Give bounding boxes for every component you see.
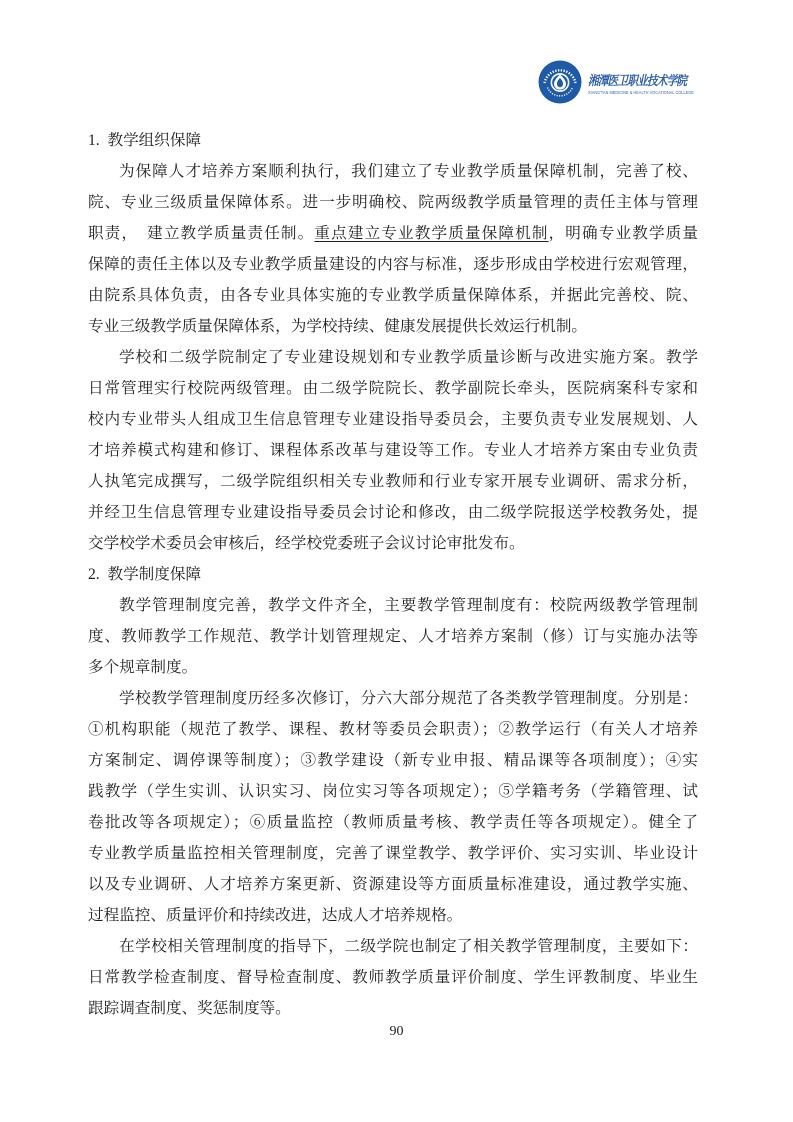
- college-name-english: XIANG'TAN MEDICINE & HEALTH VOCATIONAL C…: [588, 90, 694, 95]
- text-line: 保障的责任主体以及专业教学质量建设的内容与标准，逐步形成由学校进行宏观管理，: [88, 249, 698, 280]
- document-body: 1. 教学组织保障 为保障人才培养方案顺利执行，我们建立了专业教学质量保障机制，…: [88, 125, 698, 1024]
- text-line: 以及专业调研、人才培养方案更新、资源建设等方面质量标准建设，通过教学实施、: [88, 869, 698, 900]
- text-segment: ，明确专业教学质量: [549, 225, 698, 242]
- text-line: 人执笔完成撰写，二级学院组织相关专业教师和行业专家开展专业调研、需求分析，: [88, 466, 698, 497]
- text-line: 跟踪调查制度、奖惩制度等。: [88, 993, 698, 1024]
- text-line: 学校教学管理制度历经多次修订，分六大部分规范了各类教学管理制度。分别是：: [88, 683, 698, 714]
- text-line: 学校和二级学院制定了专业建设规划和专业教学质量诊断与改进实施方案。教学: [88, 342, 698, 373]
- college-name-chinese: 湘潭医卫职业技术学院: [588, 70, 694, 89]
- text-line: 日常教学检查制度、督导检查制度、教师教学质量评价制度、学生评教制度、毕业生: [88, 962, 698, 993]
- college-logo: 湘潭医卫职业技术学院 XIANG'TAN MEDICINE & HEALTH V…: [538, 60, 717, 104]
- document-page: 湘潭医卫职业技术学院 XIANG'TAN MEDICINE & HEALTH V…: [0, 0, 793, 1122]
- text-segment: 职责， 建立教学质量责任制。: [88, 225, 314, 242]
- text-line: 并经卫生信息管理专业建设指导委员会讨论和修改，由二级学院报送学校教务处，提: [88, 497, 698, 528]
- text-line: 校内专业带头人组成卫生信息管理专业建设指导委员会，主要负责专业发展规划、人: [88, 404, 698, 435]
- text-line: 践教学（学生实训、认识实习、岗位实习等各项规定）；⑤学籍考务（学籍管理、试: [88, 776, 698, 807]
- text-line: 职责， 建立教学质量责任制。重点建立专业教学质量保障机制，明确专业教学质量: [88, 218, 698, 249]
- text-line: 多个规章制度。: [88, 652, 698, 683]
- text-line: 过程监控、质量评价和持续改进，达成人才培养规格。: [88, 900, 698, 931]
- page-number: 90: [0, 1024, 793, 1040]
- text-line: 在学校相关管理制度的指导下，二级学院也制定了相关教学管理制度，主要如下：: [88, 931, 698, 962]
- text-line: 教学管理制度完善，教学文件齐全，主要教学管理制度有：校院两级教学管理制: [88, 590, 698, 621]
- text-line: 为保障人才培养方案顺利执行，我们建立了专业教学质量保障机制，完善了校、: [88, 156, 698, 187]
- section-heading-1: 1. 教学组织保障: [88, 125, 698, 156]
- college-emblem-icon: [538, 60, 582, 104]
- text-line: 卷批改等各项规定）；⑥质量监控（教师质量考核、教学责任等各项规定）。健全了: [88, 807, 698, 838]
- underlined-text: 重点建立专业教学质量保障机制: [314, 225, 548, 242]
- text-line: ①机构职能（规范了教学、课程、教材等委员会职责）；②教学运行（有关人才培养: [88, 714, 698, 745]
- college-name-block: 湘潭医卫职业技术学院 XIANG'TAN MEDICINE & HEALTH V…: [588, 70, 717, 95]
- text-line: 专业三级教学质量保障体系，为学校持续、健康发展提供长效运行机制。: [88, 311, 698, 342]
- text-line: 交学校学术委员会审核后，经学校党委班子会议讨论审批发布。: [88, 528, 698, 559]
- text-line: 度、教师教学工作规范、教学计划管理规定、人才培养方案制（修）订与实施办法等: [88, 621, 698, 652]
- text-line: 方案制定、调停课等制度）；③教学建设（新专业申报、精品课等各项制度）；④实: [88, 745, 698, 776]
- text-line: 才培养模式构建和修订、课程体系改革与建设等工作。专业人才培养方案由专业负责: [88, 435, 698, 466]
- section-heading-2: 2. 教学制度保障: [88, 559, 698, 590]
- text-line: 院、专业三级质量保障体系。进一步明确校、院两级教学质量管理的责任主体与管理: [88, 187, 698, 218]
- text-line: 专业教学质量监控相关管理制度，完善了课堂教学、教学评价、实习实训、毕业设计: [88, 838, 698, 869]
- text-line: 由院系具体负责，由各专业具体实施的专业教学质量保障体系，并据此完善校、院、: [88, 280, 698, 311]
- text-line: 日常管理实行校院两级管理。由二级学院院长、教学副院长牵头，医院病案科专家和: [88, 373, 698, 404]
